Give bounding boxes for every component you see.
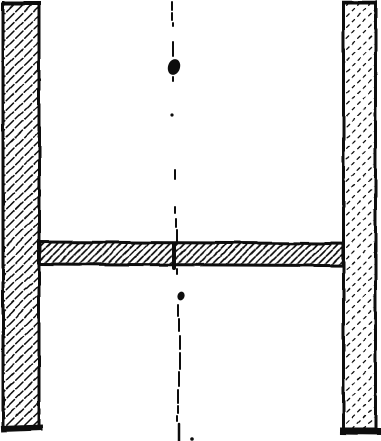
centerline-ink-blob xyxy=(176,291,185,302)
right-flange xyxy=(340,3,381,432)
centerline-dot xyxy=(190,437,194,441)
scanned-drawing-page xyxy=(0,0,381,441)
left-flange-body xyxy=(3,4,39,428)
centerline-ink-blob xyxy=(166,58,182,77)
centerline xyxy=(166,2,194,441)
web xyxy=(40,242,343,266)
right-flange-base-edge xyxy=(340,431,381,432)
centerline-dot xyxy=(170,113,173,116)
right-flange-body xyxy=(344,3,376,429)
h-section-drawing xyxy=(0,0,381,441)
left-flange-base-edge xyxy=(1,428,43,430)
web-body xyxy=(40,242,343,266)
left-flange xyxy=(1,3,43,429)
